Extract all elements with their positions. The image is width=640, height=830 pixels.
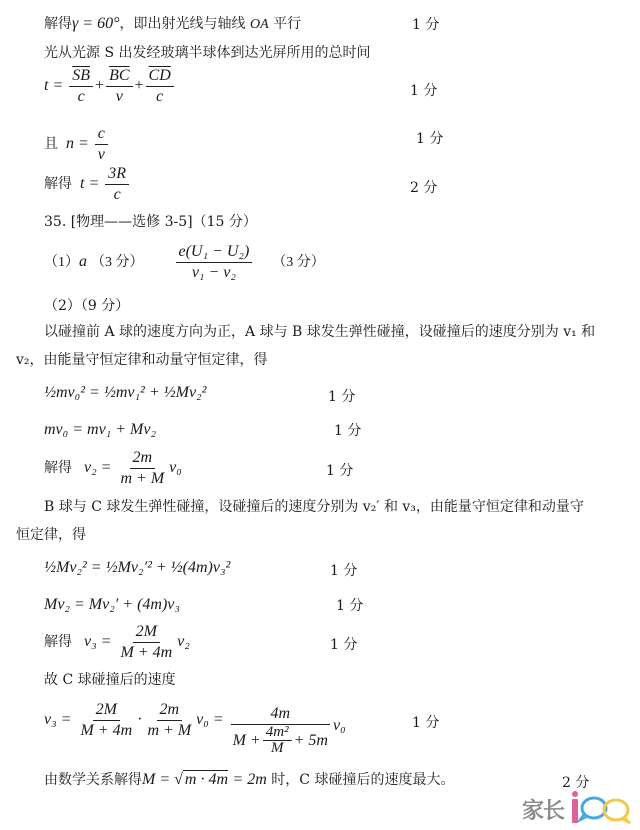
score: 1 分 [328, 386, 355, 406]
label: （1） [44, 255, 79, 270]
lhs: v₂ = [84, 459, 111, 476]
equation-momentum-bc: Mv₂ = Mv₂′ + (4m)v₃ [44, 595, 180, 615]
math: = 2m [232, 771, 266, 788]
lhs: v₃ = [84, 633, 111, 650]
answer: a [79, 253, 87, 270]
text: 且 [44, 137, 58, 152]
tail: v₀ [333, 717, 346, 734]
text: 解得 [44, 16, 72, 32]
equation-energy-ab: ½mv₀² = ½mv₁² + ½Mv₂² [44, 383, 206, 403]
denominator: c [75, 87, 88, 107]
numerator: c [95, 124, 108, 145]
denominator: ν₁ − ν₂ [189, 263, 239, 283]
paragraph-collision-ab-line1: 以碰撞前 A 球的速度方向为正，A 球与 B 球发生弹性碰撞，设碰撞后的速度分别… [44, 322, 595, 342]
numerator: e(U₁ − U₂) [176, 242, 253, 263]
lhs: v₃ = [44, 711, 71, 728]
line-result-gamma: 解得γ = 60°，即出射光线与轴线 OA 平行 [44, 14, 301, 35]
equation-v2-result: 解得 v₂ = 2mm + Mv₀ [44, 448, 182, 489]
equation-v3-expanded: v₃ = 2MM + 4m·2mm + Mv₀ = 4m M + 4m²M + … [44, 700, 346, 756]
den-part: + 5m [294, 731, 328, 751]
logo-text: 家长 [522, 794, 564, 825]
text: ，即出射光线与轴线 [120, 16, 246, 32]
score: 1 分 [412, 712, 439, 732]
equation-refractive-index: 且 n = cv [44, 124, 110, 165]
text: 时，C 球碰撞后的速度最大。 [271, 772, 454, 788]
numerator: 2M [133, 622, 160, 643]
equation-time-sum: t = SBc+BCv+CDc [44, 66, 176, 107]
denominator: v [95, 145, 108, 165]
sqrt-content: m · 4m [183, 770, 228, 788]
text: 解得 [44, 635, 72, 650]
numerator: 3R [105, 164, 129, 185]
numerator: 4m² [263, 725, 292, 741]
score: （3 分） [272, 255, 325, 270]
paragraph-collision-bc-line1: B 球与 C 球发生弹性碰撞，设碰撞后的速度分别为 v₂′ 和 v₃，由能量守恒… [44, 497, 584, 517]
score: 1 分 [410, 80, 437, 100]
score: 1 分 [326, 460, 353, 480]
numerator: 2M [93, 700, 120, 721]
den-part: M + [233, 731, 261, 751]
text: 平行 [273, 16, 301, 32]
math-oa: OA [250, 17, 269, 32]
tail: v₂ [177, 633, 190, 650]
equation-time-result: 解得 t = 3Rc [44, 164, 131, 205]
score: 1 分 [330, 560, 357, 580]
dot: · [137, 711, 142, 728]
question-35-part2-label: （2）（9 分） [44, 296, 129, 316]
watermark-logo: 家长 [522, 790, 640, 826]
score: 1 分 [334, 420, 361, 440]
paragraph-c-velocity: 故 C 球碰撞后的速度 [44, 670, 176, 690]
numerator: 2m [157, 700, 183, 721]
lhs: t = [80, 175, 99, 192]
numerator: 2m [130, 448, 156, 469]
i100-logo-icon [570, 790, 640, 826]
mid: v₀ = [196, 711, 223, 728]
question-35-part1: （1）a （3 分） e(U₁ − U₂)ν₁ − ν₂ （3 分） [44, 242, 325, 283]
paragraph-collision-ab-line2: v₂，由能量守恒定律和动量守恒定律，得 [16, 350, 268, 370]
score: 1 分 [416, 128, 443, 148]
tail: v₀ [169, 459, 182, 476]
text: 解得 [44, 461, 72, 476]
score: 1 分 [412, 14, 439, 34]
equation-momentum-ab: mv₀ = mv₁ + Mv₂ [44, 420, 156, 440]
math: M = [142, 771, 174, 788]
equation-energy-bc: ½Mv₂² = ½Mv₂′² + ½(4m)v₃² [44, 558, 230, 578]
score: （3 分） [91, 255, 144, 270]
lhs: t = [44, 77, 63, 94]
text: 解得 [44, 177, 72, 192]
score: 1 分 [330, 634, 357, 654]
lhs: n = [66, 135, 89, 152]
denominator: M + 4m [77, 721, 135, 741]
numerator: 4m [231, 704, 331, 725]
paragraph-collision-bc-line2: 恒定律，得 [16, 525, 86, 545]
denominator: M [268, 741, 287, 756]
score: 2 分 [562, 772, 589, 792]
denominator: m + M [144, 721, 194, 741]
conclusion-line: 由数学关系解得M = √m · 4m = 2m 时，C 球碰撞后的速度最大。 [44, 770, 454, 790]
denominator: M + 4m [117, 643, 175, 663]
denominator: c [111, 185, 124, 205]
question-35-title: 35. [物理——选修 3-5]（15 分） [44, 212, 257, 232]
denominator: m + M [117, 469, 167, 489]
numerator: SB [69, 66, 93, 87]
score: 2 分 [410, 177, 437, 197]
line-total-time: 光从光源 S 出发经玻璃半球体到达光屏所用的总时间 [44, 43, 371, 63]
math-gamma: γ = 60° [72, 15, 120, 32]
score: 1 分 [336, 595, 363, 615]
denominator: v [113, 87, 126, 107]
denominator: c [153, 87, 166, 107]
equation-v3-result: 解得 v₃ = 2MM + 4mv₂ [44, 622, 190, 663]
numerator: BC [106, 66, 132, 87]
numerator: CD [146, 66, 174, 87]
text: 由数学关系解得 [44, 772, 142, 788]
